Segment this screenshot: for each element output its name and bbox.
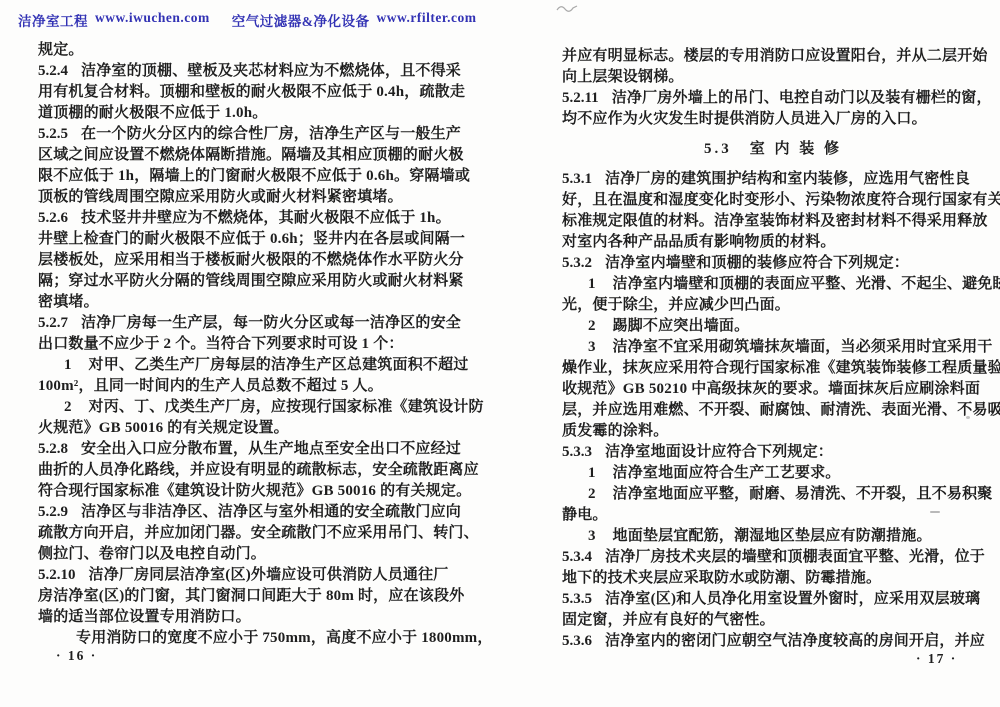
text-line: 燥作业，抹灰应采用符合现行国家标准《建筑装饰装修工程质量验 xyxy=(562,358,984,379)
line-text: 燥作业，抹灰应采用符合现行国家标准《建筑装饰装修工程质量验 xyxy=(562,360,1000,376)
text-line: 隔；穿过水平防火分隔的管线周围空隙应采用防火或耐火材料紧 xyxy=(38,271,462,292)
line-text: 好，且在温度和湿度变化时变形小、污染物浓度符合现行国家有关 xyxy=(562,192,1000,208)
line-text: 100m²，且同一时间内的生产人员总数不超过 5 人。 xyxy=(38,378,383,394)
clause-number: 5.3.5 xyxy=(562,591,592,607)
clause-number: 5.2.10 xyxy=(38,567,76,583)
line-text: 区域之间应设置不燃烧体隔断措施。隔墙及其相应顶棚的耐火极 xyxy=(38,147,464,163)
clause-number: 1 xyxy=(588,276,596,292)
line-text: 洁净室地面设计应符合下列规定： xyxy=(605,444,833,460)
text-line: 井壁上检查门的耐火极限不应低于 0.6h；竖井内在各层或间隔一 xyxy=(38,229,462,250)
header-site1: 洁净室工程 www.iwuchen.com xyxy=(18,10,210,30)
line-text: 收规范》GB 50210 中高级抹灰的要求。墙面抹灰后应刷涂料面 xyxy=(562,381,980,397)
text-line: 规定。 xyxy=(38,40,462,61)
line-text: 光，便于除尘，并应减少凹凸面。 xyxy=(562,297,790,313)
text-line: 密填堵。 xyxy=(38,292,462,313)
line-text: 对室内各种产品品质有影响物质的材料。 xyxy=(562,234,836,250)
line-text: 专用消防口的宽度不应小于 750mm，高度不应小于 1800mm， xyxy=(76,630,493,646)
clause-line: 3洁净室不宜采用砌筑墙抹灰墙面，当必须采用时宜采用干 xyxy=(562,337,984,358)
line-text: 地面垫层宜配筋，潮湿地区垫层应有防潮措施。 xyxy=(613,528,932,544)
clause-line: 5.3.2洁净室内墙壁和顶棚的装修应符合下列规定： xyxy=(562,253,984,274)
line-text: 5.3 室 内 装 修 xyxy=(704,141,842,157)
clause-line: 5.3.4洁净厂房技术夹层的墙壁和顶棚表面宜平整、光滑，位于 xyxy=(562,547,984,568)
text-line: 火规范》GB 50016 的有关规定设置。 xyxy=(38,418,462,439)
scan-artifact-squiggle xyxy=(556,3,578,13)
site1-url[interactable]: www.iwuchen.com xyxy=(95,10,210,30)
text-line: 100m²，且同一时间内的生产人员总数不超过 5 人。 xyxy=(38,376,462,397)
clause-line: 5.2.7洁净厂房每一生产层，每一防火分区或每一洁净区的安全 xyxy=(38,313,462,334)
line-text: 洁净室地面应平整，耐磨、易清洗、不开裂，且不易积聚 xyxy=(613,486,993,502)
header-site2: 空气过滤器&净化设备 www.rfilter.com xyxy=(232,10,477,30)
text-line: 限不应低于 1h，隔墙上的门窗耐火极限不应低于 0.6h。穿隔墙或 xyxy=(38,166,462,187)
text-line: 并应有明显标志。楼层的专用消防口应设置阳台，并从二层开始 xyxy=(562,46,984,67)
line-text: 地下的技术夹层应采取防水或防潮、防霉措施。 xyxy=(562,570,881,586)
site2-url[interactable]: www.rfilter.com xyxy=(377,10,477,30)
clause-number: 2 xyxy=(588,486,596,502)
line-text: 出口数量不应少于 2 个。当符合下列要求时可设 1 个： xyxy=(38,336,404,352)
line-text: 向上层架设钢梯。 xyxy=(562,69,684,85)
line-text: 固定窗，并应有良好的气密性。 xyxy=(562,612,775,628)
line-text: 密填堵。 xyxy=(38,294,99,310)
clause-line: 5.2.9洁净区与非洁净区、洁净区与室外相通的安全疏散门应向 xyxy=(38,502,462,523)
text-line: 对室内各种产品品质有影响物质的材料。 xyxy=(562,232,984,253)
clause-number: 5.3.4 xyxy=(562,549,592,565)
line-text: 安全出入口应分散布置，从生产地点至安全出口不应经过 xyxy=(81,441,461,457)
line-text: 顶板的管线周围空隙应采用防火或耐火材料紧密填堵。 xyxy=(38,189,403,205)
clause-line: 5.2.5在一个防火分区内的综合性厂房，洁净生产区与一般生产 xyxy=(38,124,462,145)
text-line: 标准规定限值的材料。洁净室装饰材料及密封材料不得采用释放 xyxy=(562,211,984,232)
clause-number: 2 xyxy=(588,318,596,334)
clause-line: 5.2.6技术竖井井壁应为不燃烧体，其耐火极限不应低于 1h。 xyxy=(38,208,462,229)
right-page-number: · 17 · xyxy=(916,651,957,667)
text-line: 层，并应选用难燃、不开裂、耐腐蚀、耐清洗、表面光滑、不易吸水变 xyxy=(562,400,984,421)
clause-line: 5.3.1洁净厂房的建筑围护结构和室内装修，应选用气密性良 xyxy=(562,169,984,190)
line-text: 洁净室地面应符合生产工艺要求。 xyxy=(613,465,841,481)
clause-line: 1对甲、乙类生产厂房每层的洁净生产区总建筑面积不超过 xyxy=(38,355,462,376)
text-line: 均不应作为火灾发生时提供消防人员进入厂房的入口。 xyxy=(562,109,984,130)
scanned-document-spread: 洁净室工程 www.iwuchen.com 空气过滤器&净化设备 www.rfi… xyxy=(0,0,1000,707)
clause-line: 5.2.8安全出入口应分散布置，从生产地点至安全出口不应经过 xyxy=(38,439,462,460)
line-text: 墙的适当部位设置专用消防口。 xyxy=(38,609,251,625)
text-line: 专用消防口的宽度不应小于 750mm，高度不应小于 1800mm， xyxy=(38,628,462,649)
line-text: 洁净室内的密闭门应朝空气洁净度较高的房间开启，并应 xyxy=(605,633,985,649)
clause-line: 5.3.6洁净室内的密闭门应朝空气洁净度较高的房间开启，并应 xyxy=(562,631,984,652)
line-text: 侧拉门、卷帘门以及电控自动门。 xyxy=(38,546,266,562)
line-text: 曲折的人员净化路线，并应设有明显的疏散标志，安全疏散距离应 xyxy=(38,462,479,478)
line-text: 隔；穿过水平防火分隔的管线周围空隙应采用防火或耐火材料紧 xyxy=(38,273,464,289)
clause-line: 1洁净室内墙壁和顶棚的表面应平整、光滑、不起尘、避免眩 xyxy=(562,274,984,295)
text-line: 疏散方向开启，并应加闭门器。安全疏散门不应采用吊门、转门、 xyxy=(38,523,462,544)
clause-number: 5.2.7 xyxy=(38,315,68,331)
line-text: 洁净室不宜采用砌筑墙抹灰墙面，当必须采用时宜采用干 xyxy=(613,339,993,355)
line-text: 对丙、丁、戊类生产厂房，应按现行国家标准《建筑设计防 xyxy=(89,399,484,415)
clause-number: 5.3.1 xyxy=(562,171,592,187)
line-text: 层楼板处，应采用相当于楼板耐火极限的不燃烧体作水平防火分 xyxy=(38,252,464,268)
clause-line: 3地面垫层宜配筋，潮湿地区垫层应有防潮措施。 xyxy=(562,526,984,547)
line-text: 道顶棚的耐火极限不应低于 1.0h。 xyxy=(38,105,267,121)
text-line: 侧拉门、卷帘门以及电控自动门。 xyxy=(38,544,462,565)
text-line: 道顶棚的耐火极限不应低于 1.0h。 xyxy=(38,103,462,124)
clause-line: 2洁净室地面应平整，耐磨、易清洗、不开裂，且不易积聚 xyxy=(562,484,984,505)
line-text: 洁净厂房技术夹层的墙壁和顶棚表面宜平整、光滑，位于 xyxy=(605,549,985,565)
line-text: 用有机复合材料。顶棚和壁板的耐火极限不应低于 0.4h，疏散走 xyxy=(38,84,465,100)
line-text: 规定。 xyxy=(38,42,84,58)
line-text: 井壁上检查门的耐火极限不应低于 0.6h；竖井内在各层或间隔一 xyxy=(38,231,465,247)
text-line: 墙的适当部位设置专用消防口。 xyxy=(38,607,462,628)
clause-number: 3 xyxy=(588,528,596,544)
text-line: 区域之间应设置不燃烧体隔断措施。隔墙及其相应顶棚的耐火极 xyxy=(38,145,462,166)
clause-number: 5.3.2 xyxy=(562,255,592,271)
line-text: 洁净厂房外墙上的吊门、电控自动门以及装有栅栏的窗， xyxy=(612,90,992,106)
line-text: 技术竖井井壁应为不燃烧体，其耐火极限不应低于 1h。 xyxy=(81,210,451,226)
header-links-bar: 洁净室工程 www.iwuchen.com 空气过滤器&净化设备 www.rfi… xyxy=(18,10,476,30)
line-text: 洁净厂房每一生产层，每一防火分区或每一洁净区的安全 xyxy=(81,315,461,331)
text-line: 用有机复合材料。顶棚和壁板的耐火极限不应低于 0.4h，疏散走 xyxy=(38,82,462,103)
line-text: 对甲、乙类生产厂房每层的洁净生产区总建筑面积不超过 xyxy=(89,357,469,373)
left-page-number: · 16 · xyxy=(56,648,97,664)
clause-number: 1 xyxy=(588,465,596,481)
line-text: 火规范》GB 50016 的有关规定设置。 xyxy=(38,420,289,436)
line-text: 洁净室的顶棚、壁板及夹芯材料应为不燃烧体，且不得采 xyxy=(81,63,461,79)
clause-line: 5.2.10洁净厂房同层洁净室(区)外墙应设可供消防人员通往厂 xyxy=(38,565,462,586)
text-line: 固定窗，并应有良好的气密性。 xyxy=(562,610,984,631)
right-page-text-column: 并应有明显标志。楼层的专用消防口应设置阳台，并从二层开始向上层架设钢梯。5.2.… xyxy=(562,46,984,652)
clause-number: 5.2.4 xyxy=(38,63,68,79)
clause-number: 5.3.6 xyxy=(562,633,592,649)
line-text: 疏散方向开启，并应加闭门器。安全疏散门不应采用吊门、转门、 xyxy=(38,525,479,541)
line-text: 洁净室内墙壁和顶棚的装修应符合下列规定： xyxy=(605,255,909,271)
clause-number: 1 xyxy=(64,357,72,373)
clause-line: 5.2.11洁净厂房外墙上的吊门、电控自动门以及装有栅栏的窗， xyxy=(562,88,984,109)
clause-number: 5.2.11 xyxy=(562,90,599,106)
line-text: 限不应低于 1h，隔墙上的门窗耐火极限不应低于 0.6h。穿隔墙或 xyxy=(38,168,470,184)
clause-line: 2对丙、丁、戊类生产厂房，应按现行国家标准《建筑设计防 xyxy=(38,397,462,418)
clause-number: 5.2.5 xyxy=(38,126,68,142)
site2-name: 空气过滤器&净化设备 xyxy=(232,10,370,30)
clause-line: 5.3.3洁净室地面设计应符合下列规定： xyxy=(562,442,984,463)
text-line: 收规范》GB 50210 中高级抹灰的要求。墙面抹灰后应刷涂料面 xyxy=(562,379,984,400)
text-line: 光，便于除尘，并应减少凹凸面。 xyxy=(562,295,984,316)
clause-number: 2 xyxy=(64,399,72,415)
clause-number: 5.2.9 xyxy=(38,504,68,520)
line-text: 在一个防火分区内的综合性厂房，洁净生产区与一般生产 xyxy=(81,126,461,142)
line-text: 洁净区与非洁净区、洁净区与室外相通的安全疏散门应向 xyxy=(81,504,461,520)
line-text: 洁净室(区)和人员净化用室设置外窗时，应采用双层玻璃 xyxy=(605,591,980,607)
line-text: 洁净室内墙壁和顶棚的表面应平整、光滑、不起尘、避免眩 xyxy=(613,276,1000,292)
clause-number: 5.2.6 xyxy=(38,210,68,226)
line-text: 均不应作为火灾发生时提供消防人员进入厂房的入口。 xyxy=(562,111,927,127)
line-text: 房洁净室(区)的门窗，其门窗洞口间距大于 80m 时，应在该段外 xyxy=(38,588,464,604)
line-text: 踢脚不应突出墙面。 xyxy=(613,318,750,334)
clause-line: 1洁净室地面应符合生产工艺要求。 xyxy=(562,463,984,484)
line-text: 标准规定限值的材料。洁净室装饰材料及密封材料不得采用释放 xyxy=(562,213,988,229)
text-line: 静电。 xyxy=(562,505,984,526)
line-text: 洁净厂房的建筑围护结构和室内装修，应选用气密性良 xyxy=(605,171,970,187)
line-text: 符合现行国家标准《建筑设计防火规范》GB 50016 的有关规定。 xyxy=(38,483,471,499)
clause-line: 5.3.5洁净室(区)和人员净化用室设置外窗时，应采用双层玻璃 xyxy=(562,589,984,610)
text-line: 出口数量不应少于 2 个。当符合下列要求时可设 1 个： xyxy=(38,334,462,355)
clause-line: 5.2.4洁净室的顶棚、壁板及夹芯材料应为不燃烧体，且不得采 xyxy=(38,61,462,82)
section-heading: 5.3 室 内 装 修 xyxy=(562,139,984,160)
clause-number: 5.2.8 xyxy=(38,441,68,457)
text-line: 好，且在温度和湿度变化时变形小、污染物浓度符合现行国家有关 xyxy=(562,190,984,211)
line-text: 静电。 xyxy=(562,507,608,523)
text-line: 向上层架设钢梯。 xyxy=(562,67,984,88)
site1-name: 洁净室工程 xyxy=(18,10,88,30)
line-text: 洁净厂房同层洁净室(区)外墙应设可供消防人员通往厂 xyxy=(89,567,449,583)
text-line: 符合现行国家标准《建筑设计防火规范》GB 50016 的有关规定。 xyxy=(38,481,462,502)
clause-line: 2踢脚不应突出墙面。 xyxy=(562,316,984,337)
text-line: 顶板的管线周围空隙应采用防火或耐火材料紧密填堵。 xyxy=(38,187,462,208)
text-line: 曲折的人员净化路线，并应设有明显的疏散标志，安全疏散距离应 xyxy=(38,460,462,481)
text-line: 地下的技术夹层应采取防水或防潮、防霉措施。 xyxy=(562,568,984,589)
left-page-text-column: 规定。5.2.4洁净室的顶棚、壁板及夹芯材料应为不燃烧体，且不得采用有机复合材料… xyxy=(38,40,462,649)
text-line: 层楼板处，应采用相当于楼板耐火极限的不燃烧体作水平防火分 xyxy=(38,250,462,271)
text-line: 房洁净室(区)的门窗，其门窗洞口间距大于 80m 时，应在该段外 xyxy=(38,586,462,607)
clause-number: 3 xyxy=(588,339,596,355)
line-text: 层，并应选用难燃、不开裂、耐腐蚀、耐清洗、表面光滑、不易吸水变 xyxy=(562,402,1000,418)
line-text: 质发霉的涂料。 xyxy=(562,423,668,439)
text-line: 质发霉的涂料。 xyxy=(562,421,984,442)
line-text: 并应有明显标志。楼层的专用消防口应设置阳台，并从二层开始 xyxy=(562,48,988,64)
clause-number: 5.3.3 xyxy=(562,444,592,460)
